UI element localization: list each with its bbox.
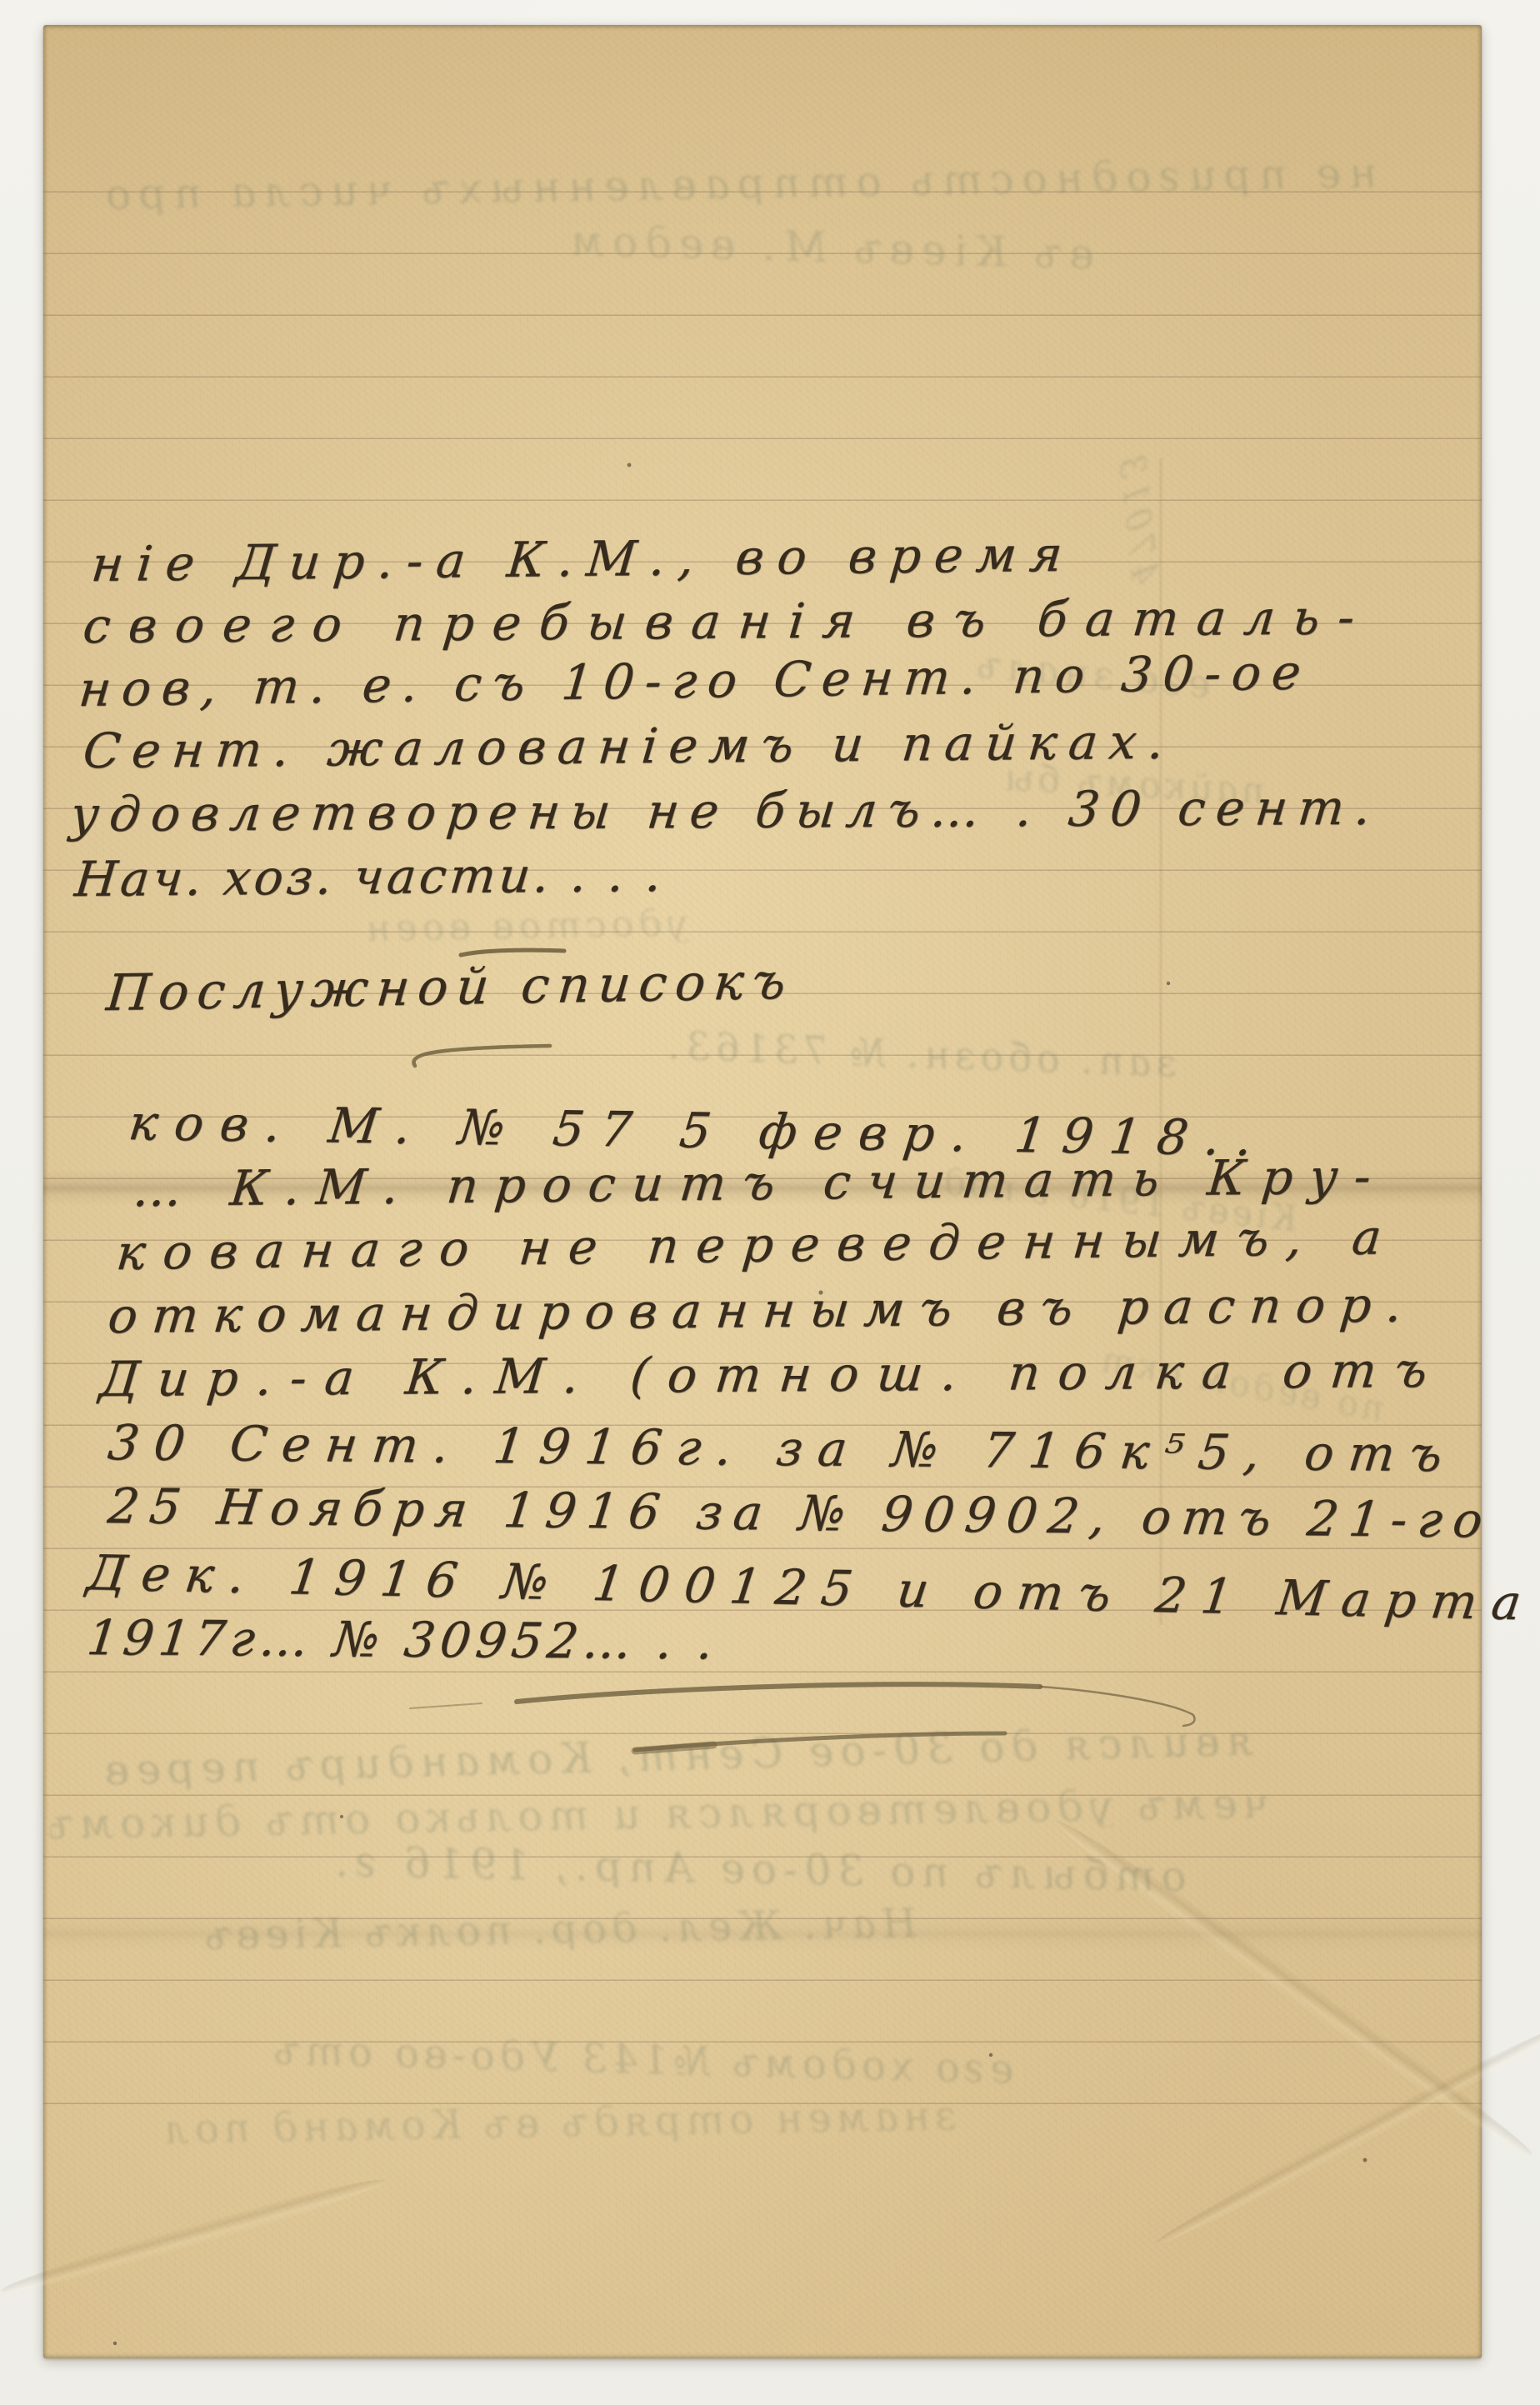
handwriting-line: откомандированнымъ въ распор. bbox=[106, 1280, 1419, 1340]
handwriting-line: Дир.-а К.М. (отнош. полка отъ bbox=[97, 1346, 1447, 1403]
ink-text-layer: ніе Дир.-а К.М., во времясвоего пребыван… bbox=[0, 0, 1540, 2405]
scan-background: не пригодность отправленныхъ числа провъ… bbox=[0, 0, 1540, 2405]
handwritten-paragraph-2: ков. М. № 57 5 февр. 1918..… К.М. просит… bbox=[0, 0, 1540, 2405]
handwriting-line: … К.М. проситъ считать Кру- bbox=[131, 1152, 1389, 1213]
handwriting-line: 1917г… № 30952… . . bbox=[85, 1613, 721, 1666]
handwriting-line: кованаго не переведеннымъ, а bbox=[114, 1212, 1401, 1277]
handwriting-line: 25 Ноября 1916 за № 90902, отъ 21-го bbox=[106, 1482, 1496, 1544]
handwriting-line: 30 Сент. 1916г. за № 716к⁵5, отъ bbox=[106, 1418, 1460, 1478]
